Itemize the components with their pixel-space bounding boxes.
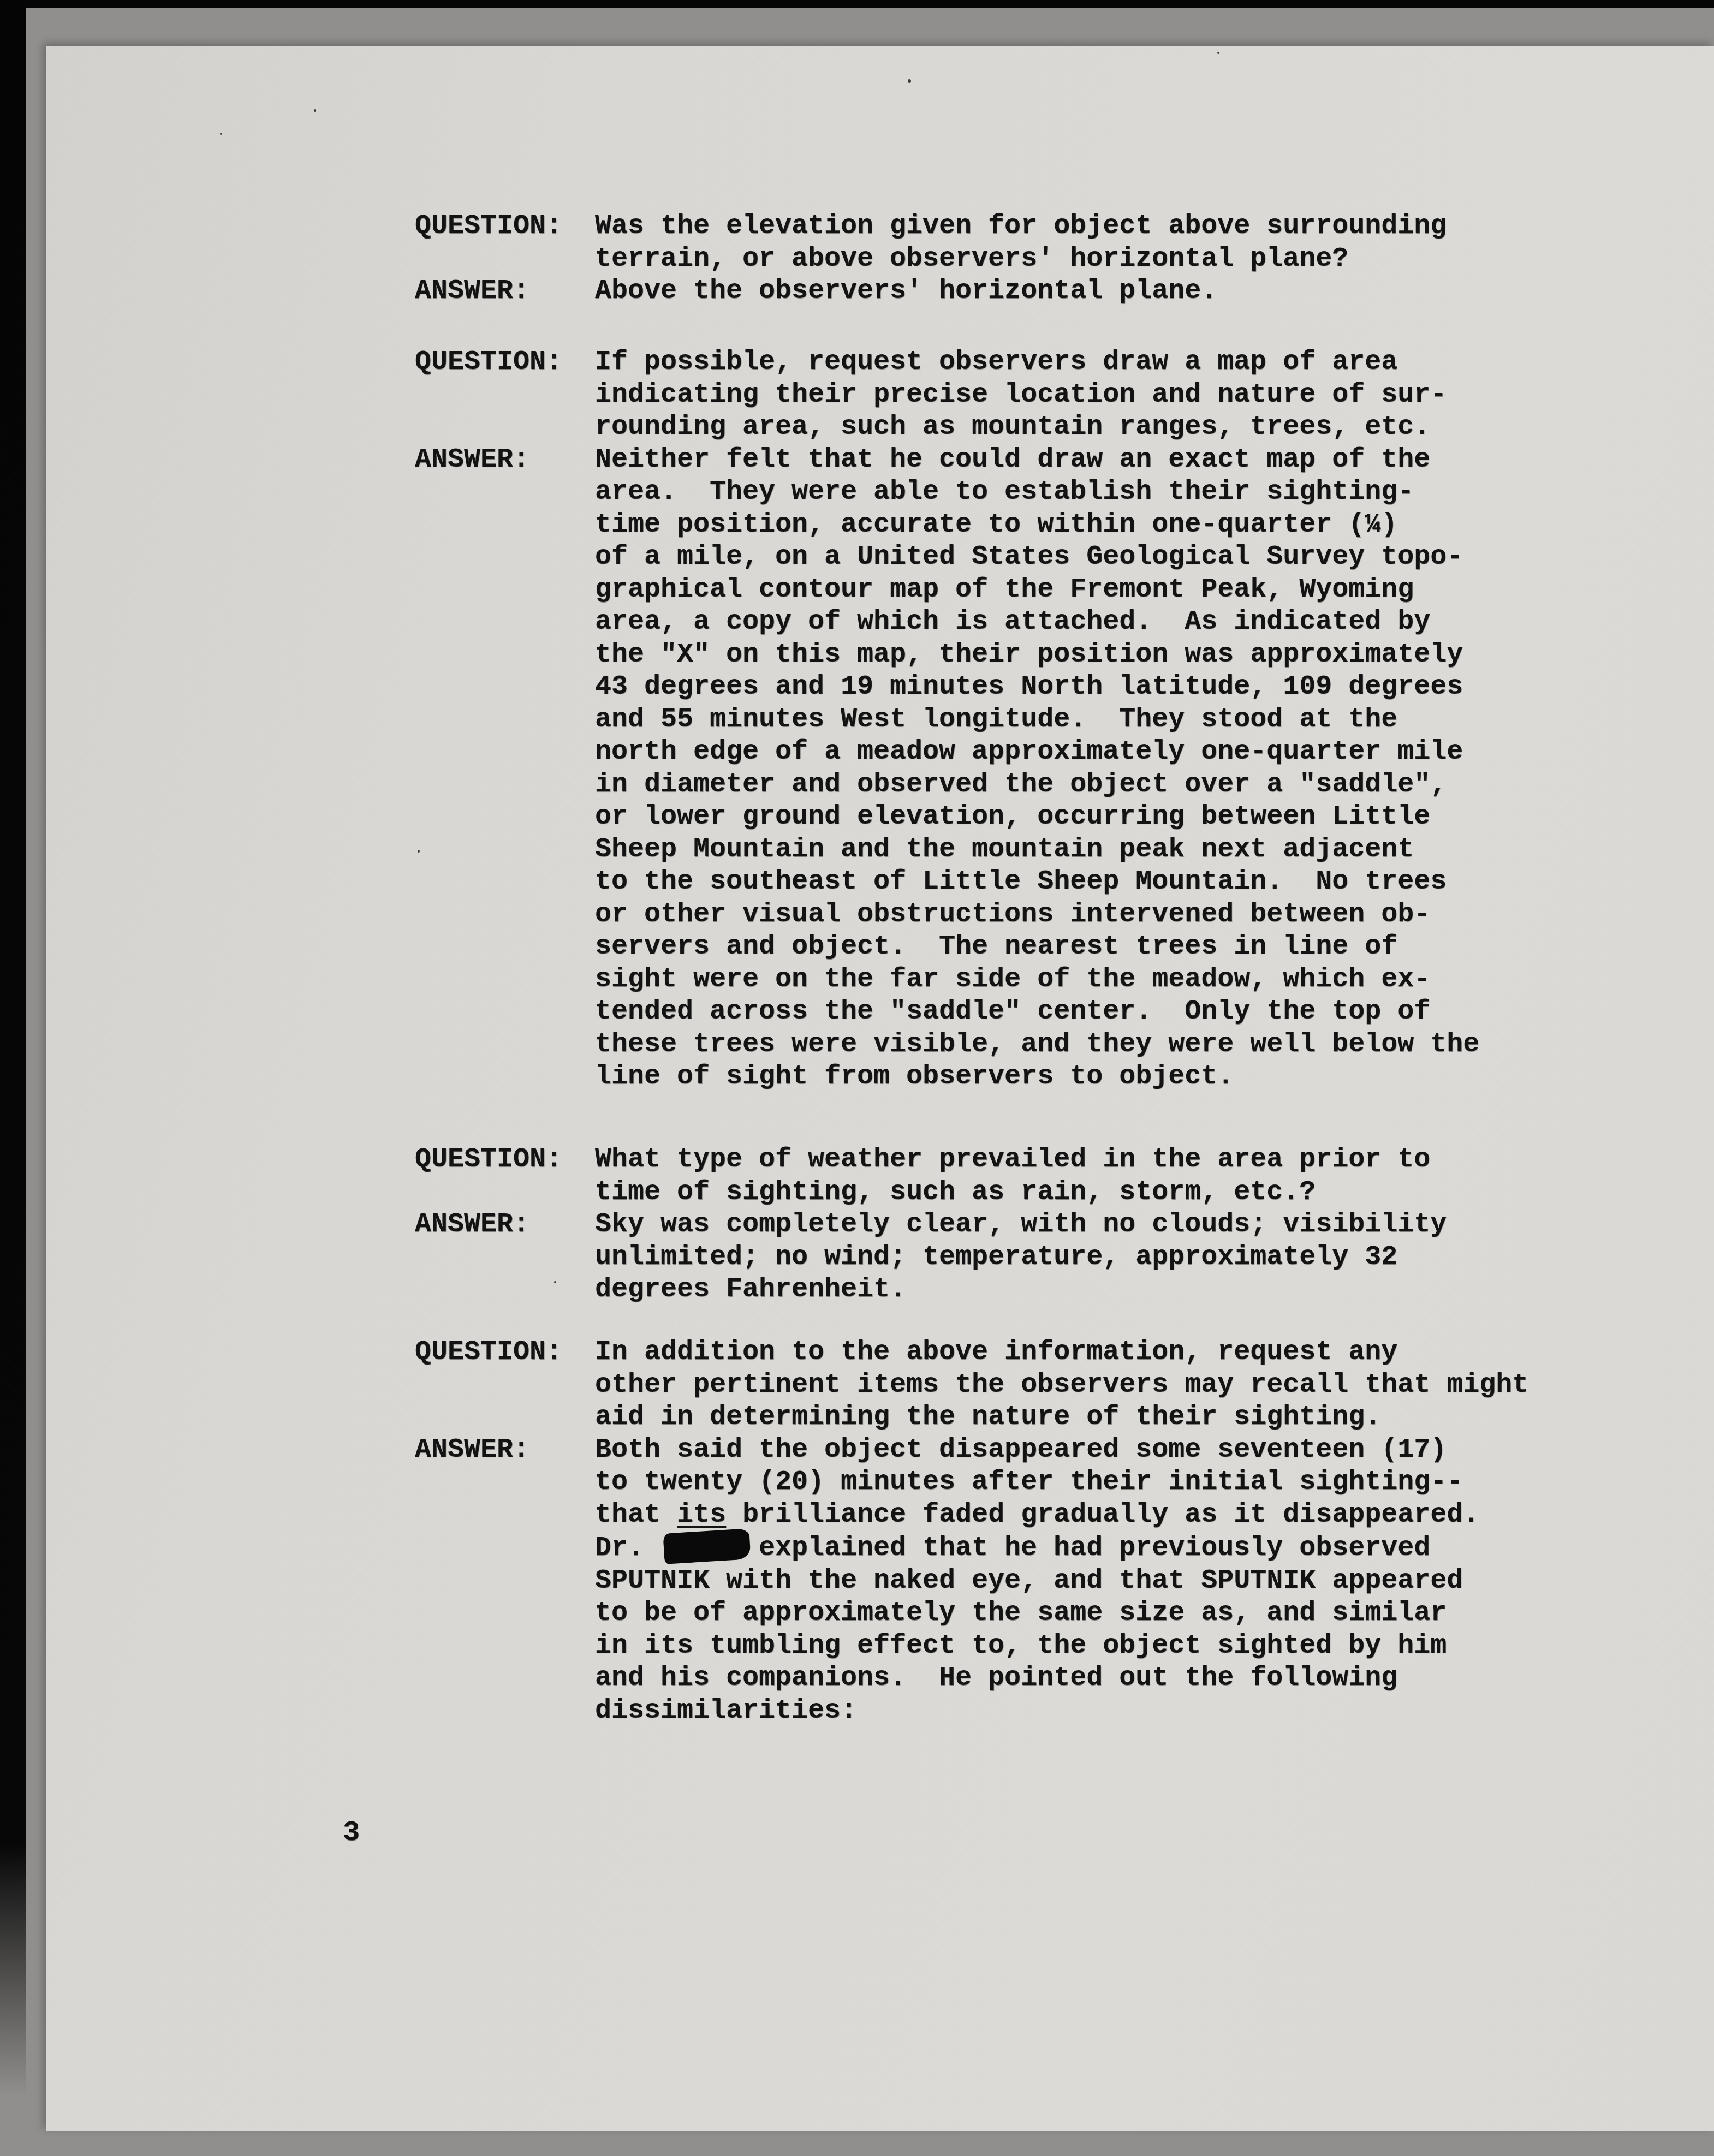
page-number: 3 (343, 1816, 360, 1849)
answer-text: Above the observers' horizontal plane. (595, 275, 1588, 308)
question-label: QUESTION: (415, 1143, 562, 1176)
scanned-document-background: QUESTION: Was the elevation given for ob… (0, 0, 1714, 2156)
answer-label: ANSWER: (415, 1208, 529, 1241)
answer-text: Sky was completely clear, with no clouds… (595, 1208, 1588, 1306)
question-text: In addition to the above information, re… (595, 1336, 1588, 1434)
qa-block-map: QUESTION: If possible, request observers… (595, 346, 1588, 1093)
scan-speck (418, 850, 420, 853)
question-label: QUESTION: (415, 210, 562, 243)
qa-block-elevation: QUESTION: Was the elevation given for ob… (595, 210, 1588, 308)
answer-row: ANSWER: Both said the object disappeared… (595, 1434, 1588, 1728)
qa-block-additional-info: QUESTION: In addition to the above infor… (595, 1336, 1588, 1727)
answer-text: Neither felt that he could draw an exact… (595, 444, 1588, 1093)
question-row: QUESTION: What type of weather prevailed… (595, 1143, 1588, 1208)
answer-row: ANSWER: Above the observers' horizontal … (595, 275, 1588, 308)
scan-speck (1217, 52, 1219, 54)
scan-speck (554, 1281, 556, 1283)
document-page: QUESTION: Was the elevation given for ob… (46, 46, 1714, 2131)
scan-speck (314, 109, 316, 112)
question-label: QUESTION: (415, 1336, 562, 1369)
scan-speck (908, 79, 911, 83)
scan-edge-top (0, 0, 1714, 8)
question-label: QUESTION: (415, 346, 562, 379)
underlined-word: its (677, 1499, 726, 1530)
answer-text: Both said the object disappeared some se… (595, 1434, 1588, 1728)
redaction-mark (663, 1528, 751, 1564)
scan-edge-left (0, 0, 26, 2096)
answer-label: ANSWER: (415, 1434, 529, 1467)
scan-speck (220, 133, 222, 135)
answer-label: ANSWER: (415, 444, 529, 477)
qa-block-weather: QUESTION: What type of weather prevailed… (595, 1143, 1588, 1306)
question-row: QUESTION: Was the elevation given for ob… (595, 210, 1588, 275)
answer-row: ANSWER: Neither felt that he could draw … (595, 444, 1588, 1093)
question-text: What type of weather prevailed in the ar… (595, 1143, 1588, 1208)
answer-segment: explained that he had previously observe… (595, 1533, 1463, 1726)
question-row: QUESTION: In addition to the above infor… (595, 1336, 1588, 1434)
question-row: QUESTION: If possible, request observers… (595, 346, 1588, 444)
answer-label: ANSWER: (415, 275, 529, 308)
answer-row: ANSWER: Sky was completely clear, with n… (595, 1208, 1588, 1306)
question-text: Was the elevation given for object above… (595, 210, 1588, 275)
question-text: If possible, request observers draw a ma… (595, 346, 1588, 444)
